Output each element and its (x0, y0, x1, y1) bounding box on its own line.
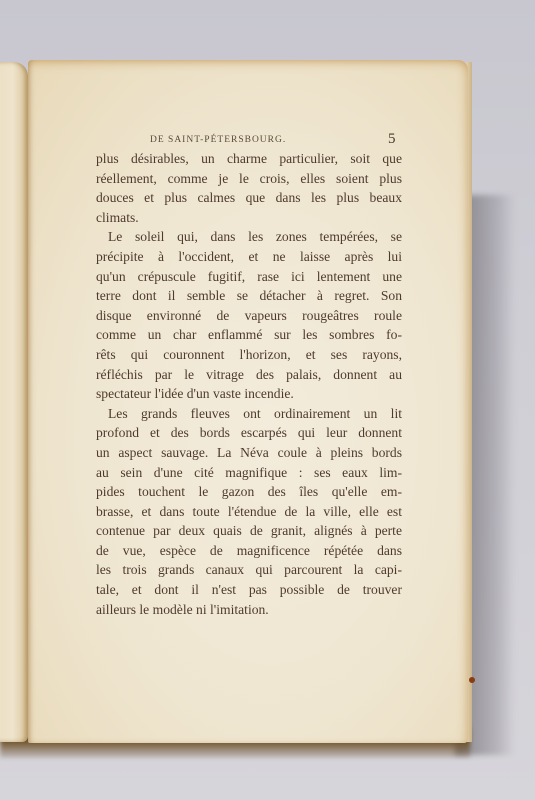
text-line: un aspect sauvage. La Néva coule à plein… (96, 443, 402, 463)
text-line: réfléchis par le vitrage des palais, don… (96, 365, 402, 385)
text-line: profond et des bords escarpés qui leur d… (96, 423, 402, 443)
text-line: brasse, et dans toute l'étendue de la vi… (96, 502, 402, 522)
text-line: disque environné de vapeurs rougeâtres r… (96, 306, 402, 326)
text-line: qu'un crépuscule fugitif, rase ici lente… (96, 267, 402, 287)
body-text: plus désirables, un charme particulier, … (96, 149, 402, 619)
text-line: ailleurs le modèle ni l'imitation. (96, 600, 402, 620)
text-line: de vue, espèce de magnificence répétée d… (96, 541, 402, 561)
text-line: au sein d'une cité magnifique : ses eaux… (96, 463, 402, 483)
page-number: 5 (388, 131, 396, 148)
text-line: Le soleil qui, dans les zones tempérées,… (96, 227, 402, 247)
running-head: DE SAINT-PÉTERSBOURG. (150, 135, 400, 145)
text-line: plus désirables, un charme particulier, … (96, 149, 402, 169)
text-line: contenue par deux quais de granit, align… (96, 521, 402, 541)
text-line: Les grands fleuves ont ordinairement un … (96, 404, 402, 424)
paragraph-2: Le soleil qui, dans les zones tempérées,… (96, 227, 402, 403)
paragraph-1: plus désirables, un charme particulier, … (96, 149, 402, 227)
text-line: précipite à l'occident, et ne laisse apr… (96, 247, 402, 267)
text-line: les trois grands canaux qui parcourent l… (96, 560, 402, 580)
paragraph-3: Les grands fleuves ont ordinairement un … (96, 404, 402, 620)
text-line: pides touchent le gazon des îles qu'elle… (96, 482, 402, 502)
text-line: tale, et dont il n'est pas possible de t… (96, 580, 402, 600)
left-page-edge (0, 62, 28, 742)
text-line: terre dont il semble se détacher à regre… (96, 286, 402, 306)
text-line: rêts qui couronnent l'horizon, et ses ra… (96, 345, 402, 365)
text-line: spectateur l'idée d'un vaste incendie. (96, 384, 402, 404)
text-line: douces et plus calmes que dans les plus … (96, 188, 402, 208)
text-line: réellement, comme je le crois, elles soi… (96, 169, 402, 189)
foxing-stain (469, 677, 475, 683)
text-line: climats. (96, 208, 402, 228)
text-line: comme un char enflammé sur les sombres f… (96, 325, 402, 345)
